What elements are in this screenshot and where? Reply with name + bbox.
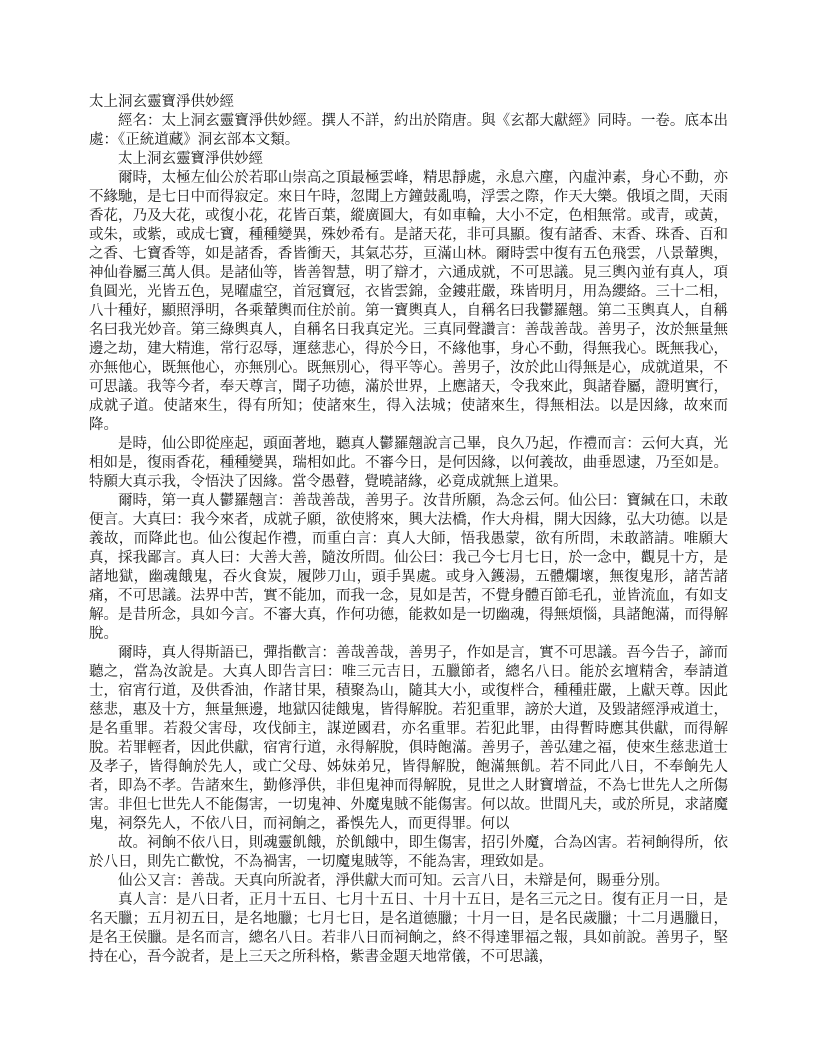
paragraph-body-2: 是時，仙公即從座起，頭面著地，聽真人鬱羅翹說言己畢，良久乃起，作禮而言：云何大真… <box>89 435 728 492</box>
paragraph-inner-title: 太上洞玄靈寶淨供妙經 <box>89 150 728 169</box>
paragraph-body-3: 爾時，第一真人鬱羅翹言：善哉善哉，善男子。汝昔所願，為念云何。仙公曰：寶緘在口，… <box>89 492 728 644</box>
paragraph-body-1: 爾時，太極左仙公於若耶山崇高之頂最極雲峰，精思靜處，永息六塵，內虛沖素，身心不動… <box>89 169 728 435</box>
document-title: 太上洞玄靈寶淨供妙經 <box>89 93 728 112</box>
document-page: 太上洞玄靈寶淨供妙經 經名：太上洞玄靈寶淨供妙經。撰人不詳，約出於隋唐。與《玄都… <box>89 93 728 967</box>
paragraph-body-6: 仙公又言：善哉。天真向所說者，淨供獻大而可知。云言八日，未辯是何，賜垂分別。 <box>89 872 728 891</box>
paragraph-colophon: 經名：太上洞玄靈寶淨供妙經。撰人不詳，約出於隋唐。與《玄都大獻經》同時。一卷。底… <box>89 112 728 150</box>
paragraph-body-4: 爾時，真人得斯語已，彈指歡言：善哉善哉，善男子，作如是言，實不可思議。吾今告子，… <box>89 644 728 834</box>
paragraph-body-7: 真人言：是八日者，正月十五日、七月十五日、十月十五日，是名三元之日。復有正月一日… <box>89 891 728 967</box>
paragraph-body-5: 故。祠餉不依八日，則魂靈飢餓，於飢餓中，即生傷害，招引外魔，合為凶害。若祠餉得所… <box>89 834 728 872</box>
